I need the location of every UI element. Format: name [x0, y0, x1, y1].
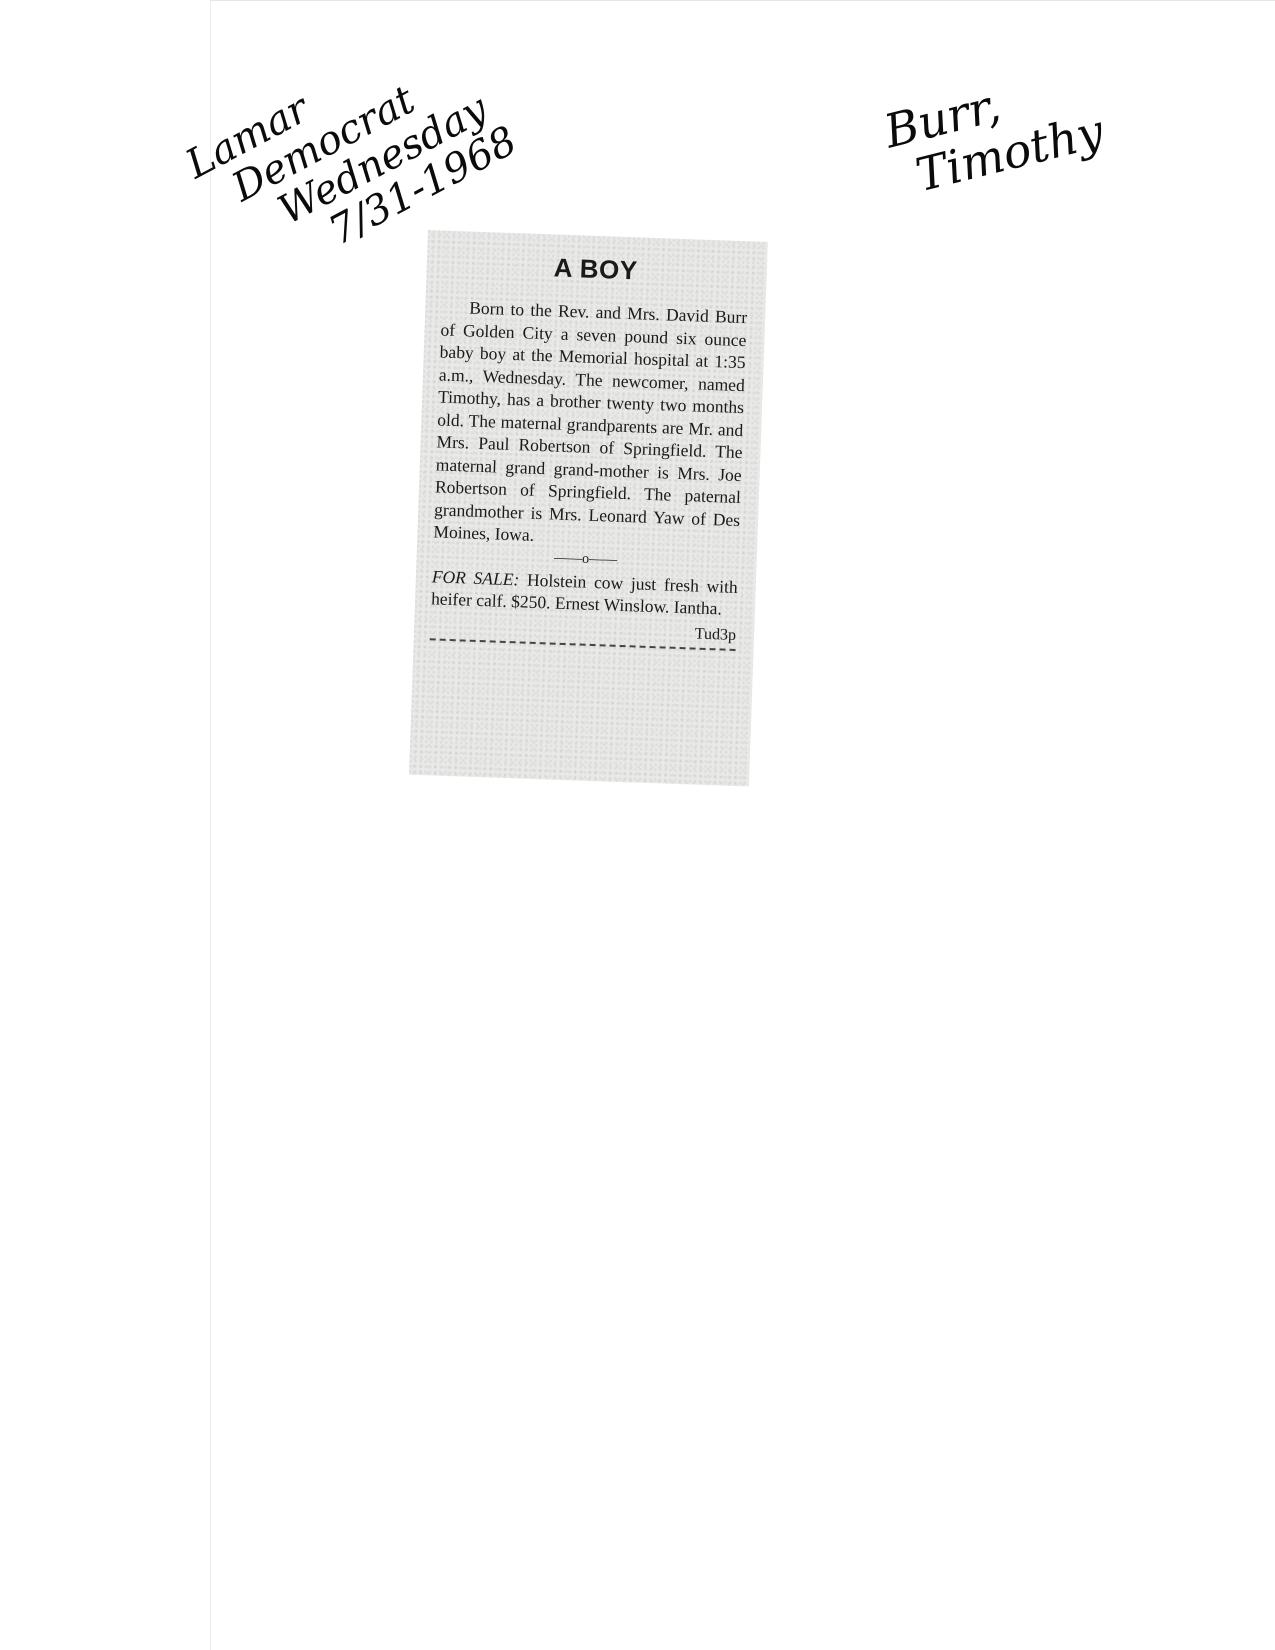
classified-ad: FOR SALE: Holstein cow just fresh with h…: [431, 565, 738, 621]
page-top-edge: [210, 0, 1275, 1]
birth-announcement-text: Born to the Rev. and Mrs. David Burr of …: [433, 296, 747, 554]
clipping-headline: A BOY: [442, 249, 749, 291]
page-edge: [210, 0, 211, 1650]
classified-ad-lead: FOR SALE:: [432, 566, 520, 589]
handwritten-subject-name: Burr, Timothy: [880, 59, 1108, 203]
newspaper-clipping: A BOY Born to the Rev. and Mrs. David Bu…: [409, 230, 768, 787]
